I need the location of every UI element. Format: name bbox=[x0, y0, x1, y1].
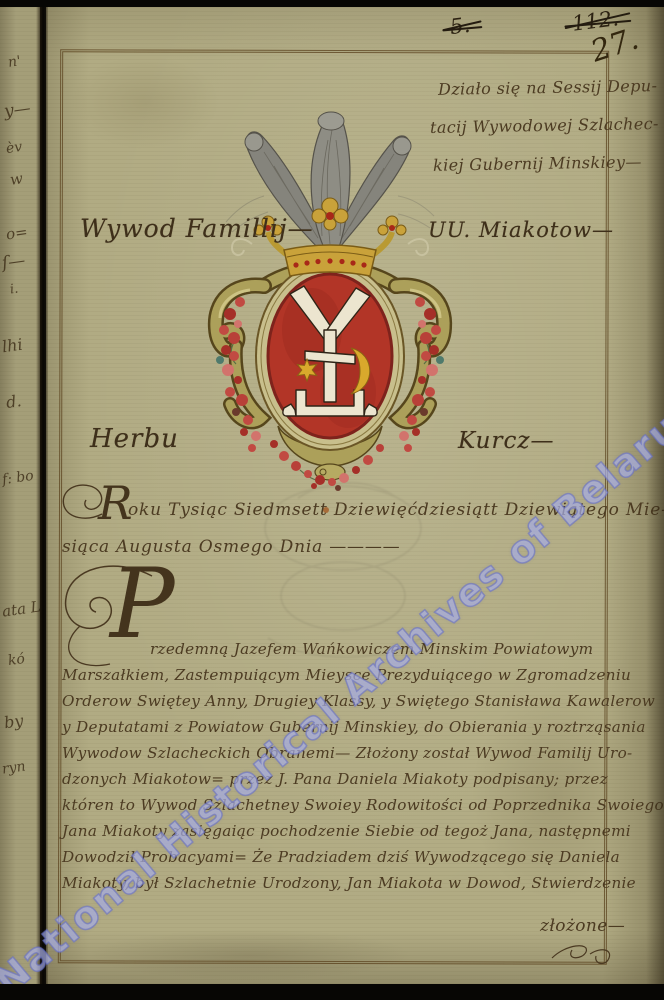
body-initial: P bbox=[110, 556, 175, 652]
photo-edge-bottom bbox=[0, 984, 664, 1000]
body-line: Wywodow Szlacheckich Obranemi— Złożony z… bbox=[62, 744, 632, 762]
margin-text-fragment: o= bbox=[5, 223, 29, 244]
margin-text-fragment: by bbox=[3, 711, 25, 732]
margin-text-fragment: w bbox=[9, 169, 24, 189]
page-edge-shadow bbox=[646, 0, 664, 1000]
session-note-line: Działo się na Sessij Depu- bbox=[438, 76, 658, 99]
gutter-fold bbox=[36, 0, 48, 1000]
body-line: dzonych Miakotow= przez J. Pana Daniela … bbox=[62, 770, 608, 788]
body-line: y Deputatami z Powiatow Gubernij Minskie… bbox=[62, 718, 646, 736]
catchword: złożone— bbox=[540, 916, 625, 936]
margin-text-fragment: d. bbox=[5, 391, 23, 412]
herb-name: Kurcz— bbox=[458, 428, 554, 454]
margin-text-fragment: n' bbox=[7, 53, 22, 71]
catchword-flourish-icon bbox=[546, 940, 620, 968]
margin-text-fragment: y— bbox=[3, 98, 32, 122]
margin-text-fragment: ſ— bbox=[1, 250, 27, 273]
heading-wywod-familij: Wywod Famillij— bbox=[80, 214, 314, 243]
heading-family-name: UU. Miakotow— bbox=[428, 218, 614, 242]
crossed-out-number: 5. bbox=[449, 13, 472, 39]
date-initial-flourish: R bbox=[56, 478, 136, 542]
photo-edge-top bbox=[0, 0, 664, 7]
margin-text-fragment: ryn bbox=[1, 758, 27, 777]
coat-of-arms bbox=[190, 104, 470, 504]
margin-text-fragment: lhi bbox=[1, 335, 24, 357]
margin-text-fragment: kó bbox=[7, 651, 26, 669]
herb-label: Herbu bbox=[90, 424, 179, 454]
archival-photo: n' y— èv w o= ſ— i. lhi d. f: bo ata L k… bbox=[0, 0, 664, 1000]
body-line: któren to Wywod Szlachetney Swoiey Rodow… bbox=[62, 796, 664, 814]
margin-text-fragment: èv bbox=[5, 139, 23, 157]
